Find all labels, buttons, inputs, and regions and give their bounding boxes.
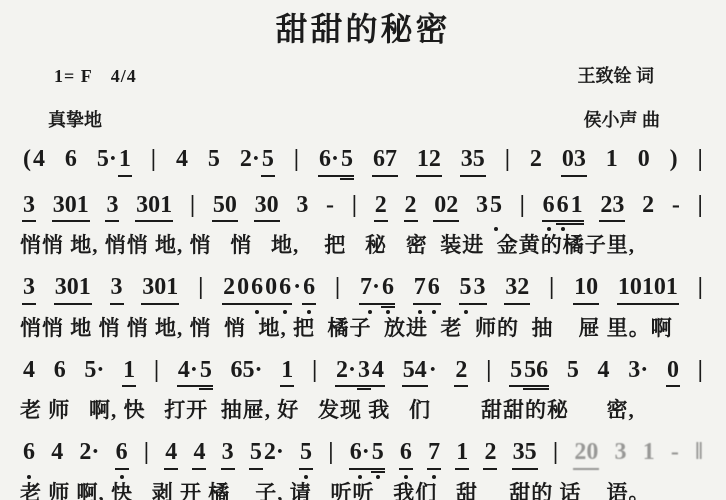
barline-glyph: |: [150, 146, 157, 175]
note-group: 2·: [78, 439, 100, 468]
note: 2: [529, 146, 543, 175]
note-group: 03: [561, 146, 587, 177]
note-group: 2·5: [239, 146, 275, 177]
music-line: 33013301|20606·6|7·6765332|1010101|悄悄 地 …: [20, 274, 706, 342]
key-signature: 1= F: [54, 66, 93, 86]
score: (465·1|452·5|6·5671235|20310)|33013301|5…: [20, 146, 706, 500]
note: 20: [573, 439, 599, 470]
note: 1: [122, 357, 136, 388]
note-group: 35: [475, 192, 503, 221]
note: -: [670, 439, 680, 468]
note: ): [669, 146, 679, 175]
note: 2: [454, 357, 468, 388]
note-group: 35: [512, 439, 538, 470]
note-group: 3: [614, 439, 628, 468]
music-line: 33013301|50303-|220235|661232-|悄悄 地, 悄悄 …: [20, 192, 706, 260]
note-group: 23: [599, 192, 625, 223]
note: 5·: [96, 146, 118, 175]
note: 0: [236, 274, 250, 305]
note: 10: [573, 274, 599, 305]
lyrics-row: 老 师 啊, 快 打开 抽屉, 好 发现 我 们 甜甜的秘 密,: [20, 394, 706, 424]
lyrics-row: 悄悄 地, 悄悄 地, 悄 悄 地, 把 秘 密 装进 金黄的橘子里,: [20, 229, 706, 259]
note-group: 12: [416, 146, 442, 177]
note-group: 35: [460, 146, 486, 177]
note: 50: [212, 192, 238, 223]
note: 2·: [78, 439, 100, 468]
note-group: 67: [372, 146, 398, 177]
note-group: 556: [509, 357, 549, 388]
note: 4: [597, 357, 611, 386]
notation-row: 642·6|44352·5|6·5671235|2031-‖: [20, 439, 706, 470]
barline: |: [552, 439, 559, 468]
note-group: 7: [427, 439, 441, 470]
note: 4·: [177, 357, 199, 388]
meta-row-key: 1= F4/4 王致铨 词: [20, 62, 706, 88]
music-line: 642·6|44352·5|6·5671235|2031-‖老 师 啊, 快 剥…: [20, 439, 706, 500]
note: 4: [371, 357, 385, 388]
note-group: 2·34: [335, 357, 385, 388]
note: 301: [52, 192, 90, 223]
barline-glyph: |: [197, 274, 204, 303]
note: 6: [64, 146, 78, 175]
note-group: 5: [299, 439, 313, 470]
note: 2: [222, 274, 236, 305]
note: 3: [473, 274, 487, 305]
note-group: 32: [504, 274, 530, 305]
note: 6: [556, 192, 570, 223]
note-group: 4: [192, 439, 206, 470]
note: 3·: [627, 357, 649, 386]
music-line: 465·1|4·565·1|2·3454·2|556543·0|老 师 啊, 快…: [20, 357, 706, 425]
barline-glyph: |: [697, 192, 704, 221]
notation-row: 33013301|50303-|220235|661232-|: [20, 192, 706, 223]
barline-glyph: |: [293, 146, 300, 175]
note-group: 301: [54, 274, 92, 305]
note: 56: [523, 357, 549, 388]
note: 1: [605, 146, 619, 175]
note-group: 7·6: [359, 274, 395, 305]
note: 2·: [335, 357, 357, 388]
barline: |: [334, 274, 341, 303]
lyricist-credit: 王致铨 词: [578, 62, 655, 88]
barline-glyph: |: [548, 274, 555, 303]
barline-glyph: |: [143, 439, 150, 468]
note-group: 02: [433, 192, 459, 223]
note: 35: [512, 439, 538, 470]
note-group: -: [671, 192, 681, 221]
note-group: 0: [666, 357, 680, 388]
note-group: -: [670, 439, 680, 468]
note-group: -: [325, 192, 335, 221]
barline-glyph: |: [153, 357, 160, 386]
note-group: 6: [22, 439, 36, 468]
key-time-signature: 1= F4/4: [54, 66, 137, 87]
barline-glyph: |: [327, 439, 334, 468]
notation-row: 465·1|4·565·1|2·3454·2|556543·0|: [20, 357, 706, 388]
barline-glyph: |: [351, 192, 358, 221]
note: 6: [250, 274, 264, 305]
note: 3: [221, 439, 235, 470]
note: 0: [637, 146, 651, 175]
note: 12: [416, 146, 442, 177]
note: 6: [399, 439, 413, 470]
barline-glyph: |: [311, 357, 318, 386]
note: 5: [249, 439, 263, 470]
note: 301: [135, 192, 173, 223]
note: 4: [22, 357, 36, 386]
barline-glyph: |: [334, 274, 341, 303]
note-group: 6: [64, 146, 78, 175]
note-group: 4: [50, 439, 64, 468]
note-group: 4: [597, 357, 611, 386]
time-signature: 4/4: [111, 66, 137, 86]
note: 30: [254, 192, 280, 223]
note-group: 2: [454, 357, 468, 388]
sheet-music-page: 甜甜的秘密 1= F4/4 王致铨 词 真挚地 侯小声 曲 (465·1|452…: [0, 0, 726, 500]
barline-glyph: |: [697, 274, 704, 303]
note: 3: [357, 357, 371, 388]
song-title: 甜甜的秘密: [20, 4, 706, 50]
note-group: 2: [483, 439, 497, 470]
barline: |: [504, 146, 511, 175]
note: 2: [374, 192, 388, 223]
note: 23: [599, 192, 625, 223]
note-group: 53: [459, 274, 487, 305]
note: 5: [566, 357, 580, 386]
note-group: 2: [374, 192, 388, 223]
note-group: 2: [641, 192, 655, 221]
note: 2: [404, 192, 418, 223]
barline-glyph: |: [697, 146, 704, 175]
note: 4: [192, 439, 206, 470]
note: 35: [460, 146, 486, 177]
note-group: (4: [22, 146, 46, 175]
note-group: 3·: [627, 357, 649, 386]
barline: |: [351, 192, 358, 221]
barline: |: [153, 357, 160, 386]
note-group: 661: [542, 192, 584, 223]
barline: |: [548, 274, 555, 303]
note-group: 6·5: [349, 439, 385, 470]
note-group: 10: [573, 274, 599, 305]
note-group: 54·: [402, 357, 438, 388]
note-group: 3: [221, 439, 235, 470]
note-group: 3: [110, 274, 124, 305]
note-group: 20606·6: [222, 274, 316, 305]
note: ·: [292, 274, 302, 303]
note: 54: [402, 357, 428, 388]
note: (: [22, 146, 32, 175]
meta-row-expression: 真挚地 侯小声 曲: [20, 106, 706, 132]
note: 6: [278, 274, 292, 305]
note: 6: [22, 439, 36, 468]
note-group: 6: [399, 439, 413, 470]
lyrics-row: 悄悄 地 悄 悄 地, 悄 悄 地, 把 橘子 放进 老 师的 抽 屉 里。啊: [20, 312, 706, 342]
note-group: 3: [22, 192, 36, 223]
note: 6: [381, 274, 395, 305]
barline: |: [311, 357, 318, 386]
note-group: 10101: [617, 274, 679, 305]
note: 7: [427, 439, 441, 470]
barline-glyph: |: [697, 357, 704, 386]
barline: |: [150, 146, 157, 175]
note: 6: [302, 274, 316, 305]
note: 3: [22, 192, 36, 223]
barline: |: [519, 192, 526, 221]
note: -: [671, 192, 681, 221]
notation-row: 33013301|20606·6|7·6765332|1010101|: [20, 274, 706, 305]
note: 301: [141, 274, 179, 305]
lyrics-row: 老 师 啊, 快 剥 开 橘 子, 请 听听 我们 甜 甜的 话 语。: [20, 477, 706, 500]
expression-marking: 真挚地: [48, 106, 102, 132]
note: 5: [207, 146, 221, 175]
note: 4: [32, 146, 46, 175]
note-group: 6: [115, 439, 129, 470]
note: 1: [280, 357, 294, 388]
barline: |: [697, 192, 704, 221]
note: 6: [427, 274, 441, 305]
note: 3: [110, 274, 124, 305]
note: 32: [504, 274, 530, 305]
note-group: 1: [455, 439, 469, 470]
barline: |: [697, 357, 704, 386]
note: 03: [561, 146, 587, 177]
note-group: 6·5: [318, 146, 354, 177]
note: 5: [199, 357, 213, 388]
note-group: 2: [529, 146, 543, 175]
note: 5: [261, 146, 275, 177]
note: 02: [433, 192, 459, 223]
note-group: 30: [254, 192, 280, 223]
note-group: 6: [53, 357, 67, 386]
note: 1: [642, 439, 656, 468]
note-group: 301: [52, 192, 90, 223]
note: 1: [118, 146, 132, 177]
note-group: 1: [642, 439, 656, 468]
note-group: 4: [164, 439, 178, 470]
note: 3: [475, 192, 489, 221]
note-group: 76: [413, 274, 441, 305]
note: 5: [340, 146, 354, 177]
note-group: 3: [105, 192, 119, 223]
note-group: 1: [605, 146, 619, 175]
barline-glyph: |: [552, 439, 559, 468]
note: 0: [666, 357, 680, 388]
note-group: 3: [22, 274, 36, 305]
note-group: 301: [135, 192, 173, 223]
note: 2: [641, 192, 655, 221]
note: 6·: [349, 439, 371, 470]
note: 301: [54, 274, 92, 305]
note-group: 3: [295, 192, 309, 221]
note: 5: [299, 439, 313, 470]
note: 6: [53, 357, 67, 386]
note-group: 20: [573, 439, 599, 470]
barline-glyph: |: [189, 192, 196, 221]
note: 5·: [83, 357, 105, 386]
note: 1: [455, 439, 469, 470]
note-group: 4: [175, 146, 189, 175]
notation-row: (465·1|452·5|6·5671235|20310)|: [20, 146, 706, 177]
note: 6·: [318, 146, 340, 177]
note: 2·: [263, 439, 285, 468]
note: 4: [50, 439, 64, 468]
music-line: (465·1|452·5|6·5671235|20310)|: [20, 146, 706, 177]
barline: |: [697, 146, 704, 175]
note: 6: [542, 192, 556, 223]
barline: |: [143, 439, 150, 468]
note: 67: [372, 146, 398, 177]
note: 7·: [359, 274, 381, 305]
barline: |: [189, 192, 196, 221]
barline: |: [485, 357, 492, 386]
note: 1: [570, 192, 584, 223]
note: 3: [105, 192, 119, 223]
note-group: 65·: [230, 357, 264, 386]
barline: |: [197, 274, 204, 303]
note: 3: [614, 439, 628, 468]
note: 3: [22, 274, 36, 305]
note: 5: [371, 439, 385, 470]
note: 10101: [617, 274, 679, 305]
note-group: 1: [122, 357, 136, 388]
note-group: ): [669, 146, 679, 175]
note: -: [325, 192, 335, 221]
note-group: 0: [637, 146, 651, 175]
barline: |: [327, 439, 334, 468]
composer-credit: 侯小声 曲: [584, 106, 661, 132]
note: 5: [459, 274, 473, 305]
note-group: 5·1: [96, 146, 132, 177]
note: 3: [295, 192, 309, 221]
barline: ‖: [694, 439, 704, 468]
note-group: 4: [22, 357, 36, 386]
note: 65·: [230, 357, 264, 386]
barline-glyph: |: [485, 357, 492, 386]
note: 0: [264, 274, 278, 305]
note-group: 301: [141, 274, 179, 305]
barline-glyph: ‖: [694, 439, 704, 468]
note: 5: [489, 192, 503, 221]
note-group: 4·5: [177, 357, 213, 388]
note: ·: [428, 357, 438, 386]
note: 4: [175, 146, 189, 175]
barline: |: [697, 274, 704, 303]
note-group: 5·: [83, 357, 105, 386]
barline-glyph: |: [519, 192, 526, 221]
note-group: 2: [404, 192, 418, 223]
note: 6: [115, 439, 129, 470]
note: 7: [413, 274, 427, 305]
note-group: 1: [280, 357, 294, 388]
note: 2·: [239, 146, 261, 175]
note: 5: [509, 357, 523, 388]
note-group: 5: [207, 146, 221, 175]
note: 4: [164, 439, 178, 470]
note-group: 5: [566, 357, 580, 386]
note: 2: [483, 439, 497, 470]
note-group: 50: [212, 192, 238, 223]
note-group: 52·: [249, 439, 285, 470]
barline: |: [293, 146, 300, 175]
barline-glyph: |: [504, 146, 511, 175]
